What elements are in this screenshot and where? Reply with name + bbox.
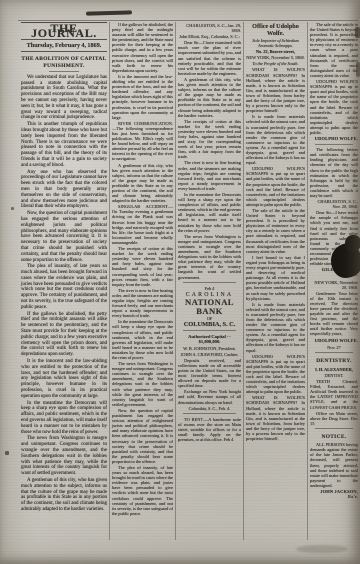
paragraph: UDOLPHO WOLFE'S SCHNAPPS is put up in qu…	[310, 79, 358, 135]
paragraph: A gentleman of this city, who has given …	[21, 478, 107, 513]
centered-line: DENTIST.	[310, 373, 358, 378]
paragraph: The plea of insanity, of late years so m…	[112, 465, 173, 516]
centered-line: NEW YORK, November 5, 1868.	[246, 55, 305, 60]
divider-rule	[315, 428, 353, 429]
short-rule	[49, 71, 78, 72]
paragraph: In the meantime the Democrats will keep …	[112, 319, 173, 360]
paragraph: The news from Washington is meagre and u…	[178, 234, 241, 280]
paragraph: If the gallows be abolished, the petty t…	[21, 312, 107, 358]
paragraph: We understand that our Legislature has p…	[21, 75, 107, 121]
column-five: The sale of the article in the United St…	[307, 22, 360, 540]
paragraph: The news from Washington is meagre and u…	[21, 436, 107, 477]
paragraph: It is made from materials selected with …	[246, 114, 305, 165]
headline-line: DENTISTRY.	[310, 358, 358, 364]
dateline: CHARLESTON, S. C., Nov. 20, 1868.	[310, 199, 358, 209]
paragraph: TEETH Cleaned, Filled, Extracted, and Ar…	[310, 379, 358, 410]
paragraph: ALL PERSONS having demands against the e…	[310, 442, 358, 488]
paragraph: It is made from materials selected with …	[246, 302, 305, 353]
signature: UDOLPHO WOLFE.	[310, 338, 358, 343]
paragraph: The river is now in fine boating order, …	[178, 160, 241, 191]
paragraph: UDOLPHO WOLFE'S SCHNAPPS is put up in qu…	[246, 354, 305, 395]
divider-rule	[315, 144, 353, 145]
bottom-smudge	[296, 545, 348, 553]
paragraph: This is another triumph of republican id…	[21, 122, 107, 168]
signature: GILES A. BUIST, Cashier.	[310, 267, 358, 277]
paragraph: It is the innocent and the law-abiding w…	[112, 74, 173, 120]
paragraph: UDOLPHO WOLFE'S SCHNAPPS is put up in qu…	[246, 166, 305, 207]
paragraph: Dear Sir—I have examined with much care …	[178, 40, 241, 76]
ad-headline: Office of Udolpho Wolfe.	[246, 23, 305, 37]
column-two: If the gallows be abolished, the petty t…	[109, 22, 175, 540]
paragraph: Any one who has observed the proceedings…	[21, 170, 107, 211]
ink-streak	[86, 10, 132, 15]
centered-line: John Elliott, Esq., Columbia, S. C.:	[178, 34, 241, 39]
columns-container: THE JOURNAL. Thursday, February 4, 1869.…	[19, 22, 360, 540]
paragraph: SINGULAR ACCIDENT.—On Tuesday evening a …	[112, 204, 173, 245]
paper-speck	[5, 451, 9, 455]
section-headline: DENTISTRY.	[310, 356, 358, 366]
column-three: CHARLESTON, S. C., Jan. 29, 1869.John El…	[175, 22, 243, 540]
column-wolfe-ad: Office of Udolpho Wolfe.Sole Importer of…	[243, 22, 307, 540]
centered-line: JOHN A. CRAWFORD, Cashier.	[178, 352, 241, 357]
centered-line: W. B. JOHNSTON, President.	[178, 346, 241, 351]
paragraph: Deposits received, and collections made …	[178, 358, 241, 389]
column-editorial: THE JOURNAL. Thursday, February 4, 1869.…	[19, 22, 109, 540]
bank-ad-capital: Authorized Capital - - $1,000,000.	[178, 334, 241, 344]
headline-line: NOTICE.	[310, 434, 358, 440]
paragraph: The sale of the article in the United St…	[246, 208, 305, 254]
paragraph: Now, the question of capital punishment …	[21, 211, 107, 263]
paragraph: A gentleman of this city, who has given …	[112, 163, 173, 204]
divider-rule	[183, 330, 236, 331]
paragraph: Dear Sir—I have tested the sample of Sch…	[310, 210, 358, 266]
paragraph: Exchange on New York bought and sold. Re…	[178, 389, 241, 404]
paragraph: The river is now in fine boating order, …	[112, 288, 173, 319]
divider-rule	[183, 413, 236, 414]
paragraph: RIVER COMMUNICATION.—The following corre…	[112, 121, 173, 162]
divider-rule	[183, 282, 236, 283]
paragraph: If the gallows be abolished, the petty t…	[112, 22, 173, 73]
paragraph: The receipts of cotton at this market fo…	[112, 246, 173, 287]
paragraph: A gentleman of this city, who has given …	[178, 77, 241, 118]
centered-bold-line: I. H. ALEXANDER,	[310, 367, 358, 372]
divider-rule	[315, 352, 353, 353]
paragraph: It is the innocent and the law-abiding w…	[21, 359, 107, 400]
bank-ad-name: NATIONAL BANK	[178, 298, 241, 316]
centered-bold-line: No. 22, Beaver street,	[246, 49, 305, 54]
ad-subtitle: To the People of the South.	[246, 61, 305, 66]
paragraph: The following letters and certificates f…	[310, 147, 358, 198]
centered-line: Feb 4	[178, 286, 241, 291]
dateline: CHARLESTON, S. C., Jan. 29, 1869.	[178, 23, 241, 33]
masthead-date: Thursday, February 4, 1869.	[21, 40, 107, 52]
paragraph: WHAT IS WOLFE'S SCHIEDAM SCHNAPPS? In Ho…	[246, 67, 305, 113]
section-headline: NOTICE.	[310, 432, 358, 442]
centered-line: Columbia, S. C., Feb. 4.	[178, 406, 241, 411]
paragraph: The plea of insanity, of late years so m…	[21, 264, 107, 310]
paragraph: The news from Washington is meagre and u…	[112, 361, 173, 407]
paragraph: Gentlemen: Your letter of the 10th insta…	[310, 291, 358, 337]
paragraph: I feel bound to say that I regard your S…	[246, 255, 305, 301]
section-headline: THE ABOLITION OF CAPITALPUNISHMENT.	[21, 54, 107, 70]
paragraph: In the meantime the Democrats will keep …	[21, 401, 107, 436]
headline-line: PUNISHMENT.	[21, 63, 107, 69]
paragraph: WHAT IS WOLFE'S SCHIEDAM SCHNAPPS? In Ho…	[246, 395, 305, 441]
centered-line: Nov. 27	[310, 345, 358, 350]
signature: JOHN JACKSON, Ex'r.	[310, 489, 358, 499]
paragraph: TO RENT.—A handsome suite of rooms over …	[178, 417, 241, 442]
paragraph: Office on Main street, above the Drug St…	[310, 411, 358, 426]
paragraph: In the meantime the Democrats will keep …	[178, 192, 241, 233]
paper-speck	[11, 207, 14, 210]
headline-line: THE ABOLITION OF CAPITAL	[21, 56, 107, 62]
newspaper-page: THE JOURNAL. Thursday, February 4, 1869.…	[0, 0, 360, 564]
ad-subtitle: Sole Importer of Schiedam Aromatic Schna…	[246, 38, 305, 48]
paragraph: The receipts of cotton at this market fo…	[178, 119, 241, 160]
masthead-title: THE JOURNAL.	[21, 22, 107, 40]
page-top-rule	[18, 20, 358, 21]
signature: UDOLPHO WOLFE.	[310, 136, 358, 141]
paragraph: The sale of the article in the United St…	[310, 22, 358, 78]
paragraph: Now, the question of capital punishment …	[112, 408, 173, 464]
dateline: NEW YORK, November 20, 1868.	[310, 280, 358, 290]
bank-ad-city: COLUMBIA, S. C.	[178, 321, 241, 328]
